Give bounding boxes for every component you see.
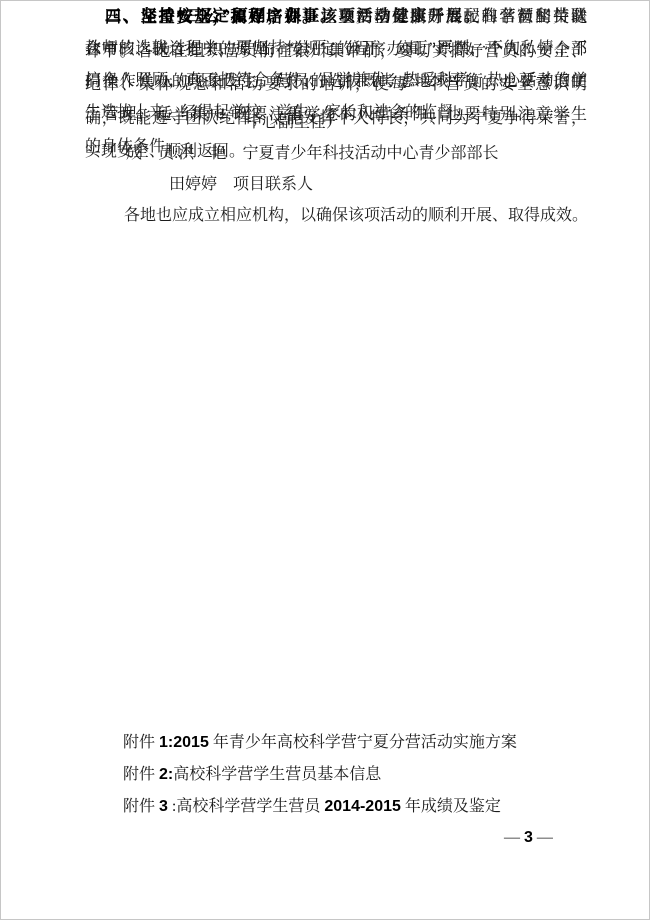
attachment-text: 附件 [123, 734, 159, 751]
attachment-text: 年成绩及鉴定 [401, 798, 501, 815]
attachment-line: 附件 1:2015 年青少年高校科学营宁夏分营活动实施方案 [123, 727, 517, 759]
page-number-value: 3 [524, 829, 533, 846]
page-number: — 3 — [504, 823, 553, 853]
paragraph-section-4: 四、注重安全，搞好培训。注重安全是搞好高校科学营的关键环节。各地在组织营员前往银… [85, 1, 587, 169]
attachment-number: 2: [159, 766, 173, 783]
document-page: 中心副主任） 成 员:洪 艳 宁夏青少年科技活动中心青少部部长 田婷婷 项目联系… [0, 0, 650, 920]
attachment-line: 附件 3 :高校科学营学生营员 2014-2015 年成绩及鉴定 [123, 791, 517, 823]
paragraph-line: 纪律、集体观念和活动要求的培训，使每一个营员的安全意识明 [85, 68, 587, 102]
page-number-dash-right: — [533, 829, 553, 846]
paragraph-line: 实现安全、顺利返回。 [85, 135, 587, 169]
closing-sentence-line: 各地也应成立相应机构，以确保该项活动的顺利开展、取得成效。 [1, 200, 588, 231]
attachment-text: :高校科学营学生营员 [168, 798, 324, 815]
paragraph-line: 环节。各地在组织营员前往银川集中前，要切实搞好营员的安全、 [85, 35, 587, 69]
attachment-text: 附件 [123, 798, 159, 815]
attachment-text: 年青少年高校科学营宁夏分营活动实施方案 [209, 734, 517, 751]
paragraph-lead-bold: 四、注重安全，搞好培训。 [105, 9, 320, 26]
attachment-list: 附件 1:2015 年青少年高校科学营宁夏分营活动实施方案附件 2:高校科学营学… [123, 727, 517, 823]
page-number-dash-left: — [504, 829, 524, 846]
paragraph-line: 确，既能遵守团队纪律，又能发挥个人特长，共同为宁夏争得荣誉， [85, 102, 587, 136]
attachment-text: 高校科学营学生营员基本信息 [173, 766, 381, 783]
attachment-number: 1:2015 [159, 734, 209, 751]
attachment-number: 3 [159, 798, 168, 815]
contact-person-line: 田婷婷 项目联系人 [1, 169, 588, 200]
attachment-text: 附件 [123, 766, 159, 783]
attachment-line: 附件 2:高校科学营学生营员基本信息 [123, 759, 517, 791]
attachment-number: 2014-2015 [324, 798, 401, 815]
paragraph-line: 四、注重安全，搞好培训。注重安全是搞好高校科学营的关键 [85, 1, 587, 35]
